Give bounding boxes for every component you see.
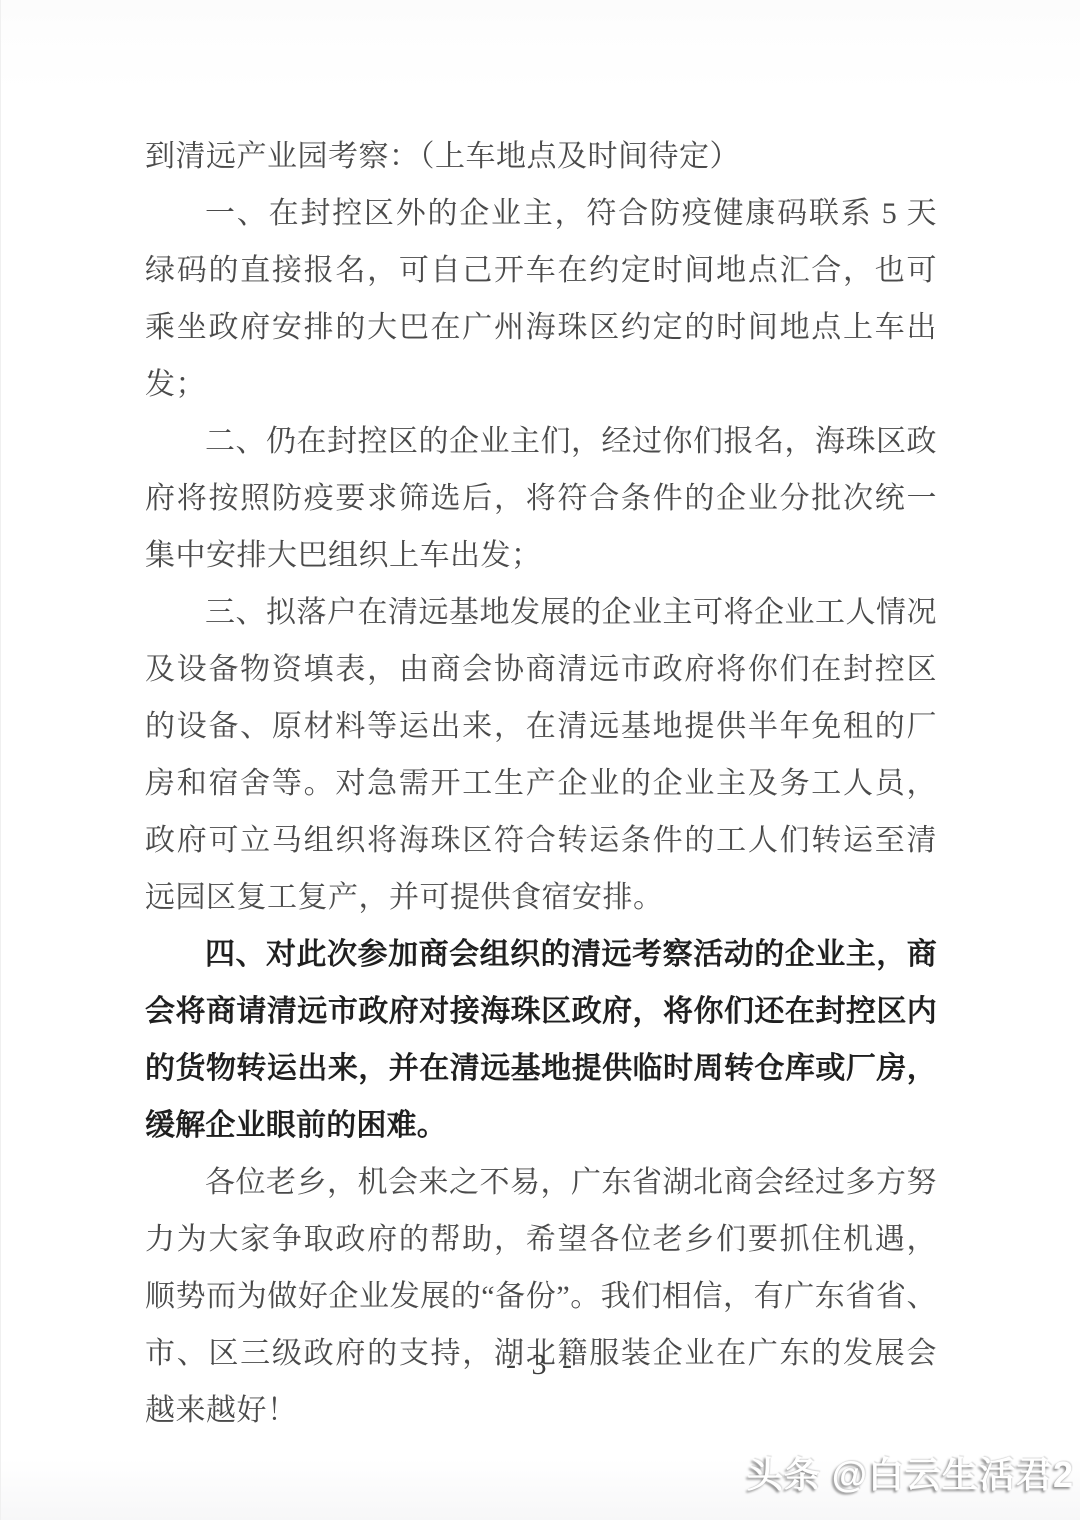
paragraph-continuation: 到清远产业园考察：（上车地点及时间待定） — [145, 128, 937, 185]
document-page: 到清远产业园考察：（上车地点及时间待定） 一、在封控区外的企业主，符合防疫健康码… — [0, 0, 1080, 1520]
watermark: 头条 @白云生活君2 — [747, 1447, 1074, 1498]
paragraph-item-1: 一、在封控区外的企业主，符合防疫健康码联系 5 天绿码的直接报名，可自己开车在约… — [145, 185, 937, 413]
paragraph-item-3: 三、拟落户在清远基地发展的企业主可将企业工人情况及设备物资填表，由商会协商清远市… — [145, 584, 937, 926]
paragraph-item-4-bold: 四、对此次参加商会组织的清远考察活动的企业主，商会将商请清远市政府对接海珠区政府… — [145, 926, 937, 1154]
page-number: - 3 - — [1, 1348, 1080, 1382]
paragraph-item-2: 二、仍在封控区的企业主们，经过你们报名，海珠区政府将按照防疫要求筛选后，将符合条… — [145, 413, 937, 584]
document-text-block: 到清远产业园考察：（上车地点及时间待定） 一、在封控区外的企业主，符合防疫健康码… — [145, 128, 937, 1439]
paragraph-closing: 各位老乡，机会来之不易，广东省湖北商会经过多方努力为大家争取政府的帮助，希望各位… — [145, 1154, 937, 1439]
